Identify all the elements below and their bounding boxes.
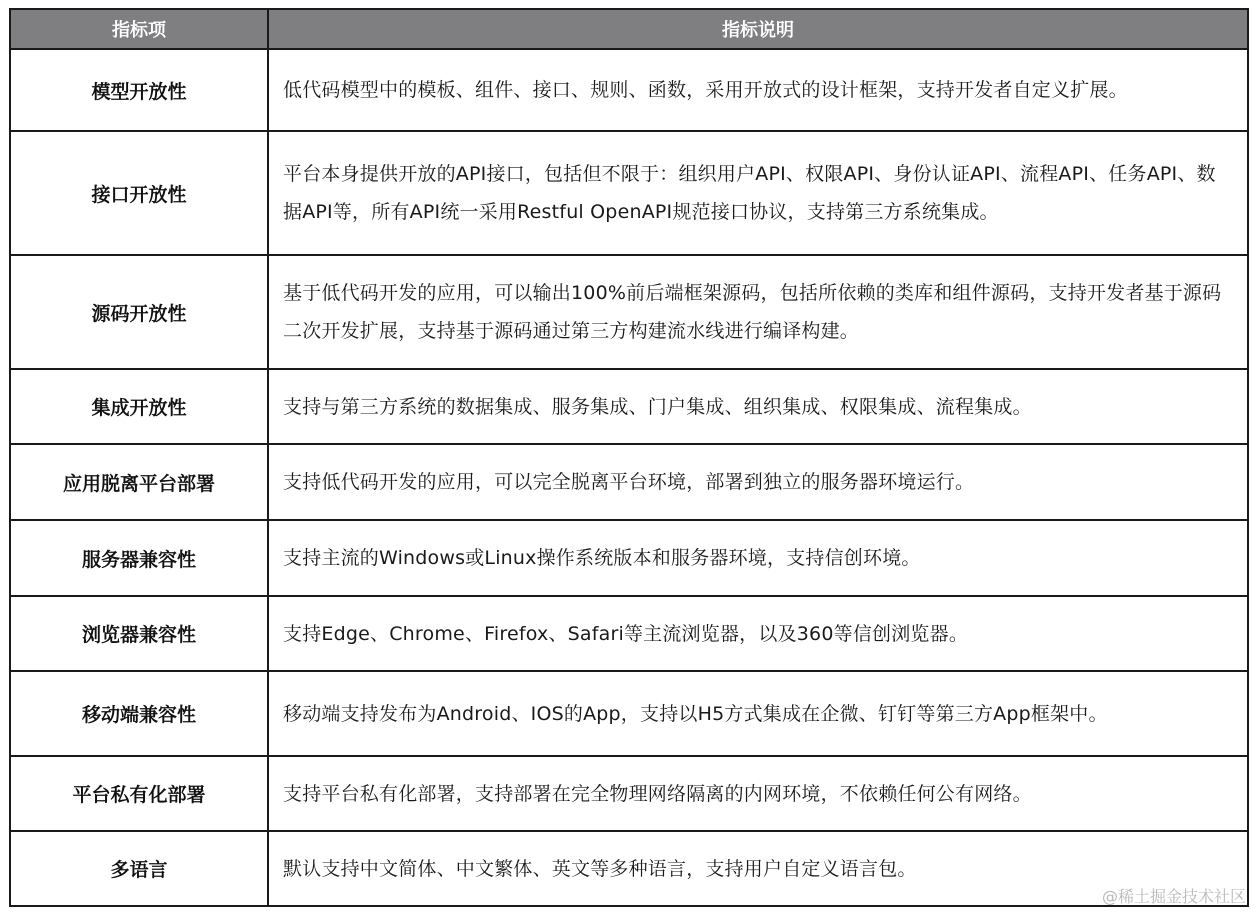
cell-desc: 支持平台私有化部署，支持部署在完全物理网络隔离的内网环境，不依赖任何公有网络。 (268, 756, 1248, 831)
cell-item: 平台私有化部署 (10, 756, 268, 831)
cell-desc: 支持主流的Windows或Linux操作系统版本和服务器环境，支持信创环境。 (268, 520, 1248, 596)
table-row: 集成开放性支持与第三方系统的数据集成、服务集成、门户集成、组织集成、权限集成、流… (10, 369, 1248, 444)
table-row: 平台私有化部署支持平台私有化部署，支持部署在完全物理网络隔离的内网环境，不依赖任… (10, 756, 1248, 831)
header-item: 指标项 (10, 9, 268, 49)
watermark: @稀土掘金技术社区 (1102, 884, 1246, 907)
header-desc: 指标说明 (268, 9, 1248, 49)
table-row: 模型开放性低代码模型中的模板、组件、接口、规则、函数，采用开放式的设计框架，支持… (10, 49, 1248, 131)
cell-item: 应用脱离平台部署 (10, 444, 268, 520)
cell-item: 服务器兼容性 (10, 520, 268, 596)
cell-item: 模型开放性 (10, 49, 268, 131)
spec-table: 指标项 指标说明 模型开放性低代码模型中的模板、组件、接口、规则、函数，采用开放… (9, 8, 1249, 907)
cell-item: 浏览器兼容性 (10, 596, 268, 671)
cell-desc: 移动端支持发布为Android、IOS的App，支持以H5方式集成在企微、钉钉等… (268, 671, 1248, 756)
table-row: 多语言默认支持中文简体、中文繁体、英文等多种语言，支持用户自定义语言包。 (10, 831, 1248, 906)
table-row: 应用脱离平台部署支持低代码开发的应用，可以完全脱离平台环境，部署到独立的服务器环… (10, 444, 1248, 520)
cell-desc: 支持与第三方系统的数据集成、服务集成、门户集成、组织集成、权限集成、流程集成。 (268, 369, 1248, 444)
cell-item: 移动端兼容性 (10, 671, 268, 756)
cell-item: 集成开放性 (10, 369, 268, 444)
cell-item: 接口开放性 (10, 131, 268, 255)
table-row: 接口开放性平台本身提供开放的API接口，包括但不限于：组织用户API、权限API… (10, 131, 1248, 255)
table-row: 移动端兼容性移动端支持发布为Android、IOS的App，支持以H5方式集成在… (10, 671, 1248, 756)
cell-desc: 低代码模型中的模板、组件、接口、规则、函数，采用开放式的设计框架，支持开发者自定… (268, 49, 1248, 131)
table-row: 浏览器兼容性支持Edge、Chrome、Firefox、Safari等主流浏览器… (10, 596, 1248, 671)
table-header-row: 指标项 指标说明 (10, 9, 1248, 49)
table-row: 源码开放性基于低代码开发的应用，可以输出100%前后端框架源码，包括所依赖的类库… (10, 255, 1248, 369)
cell-item: 源码开放性 (10, 255, 268, 369)
cell-desc: 基于低代码开发的应用，可以输出100%前后端框架源码，包括所依赖的类库和组件源码… (268, 255, 1248, 369)
table-row: 服务器兼容性支持主流的Windows或Linux操作系统版本和服务器环境，支持信… (10, 520, 1248, 596)
cell-item: 多语言 (10, 831, 268, 906)
cell-desc: 平台本身提供开放的API接口，包括但不限于：组织用户API、权限API、身份认证… (268, 131, 1248, 255)
cell-desc: 支持Edge、Chrome、Firefox、Safari等主流浏览器，以及360… (268, 596, 1248, 671)
cell-desc: 支持低代码开发的应用，可以完全脱离平台环境，部署到独立的服务器环境运行。 (268, 444, 1248, 520)
